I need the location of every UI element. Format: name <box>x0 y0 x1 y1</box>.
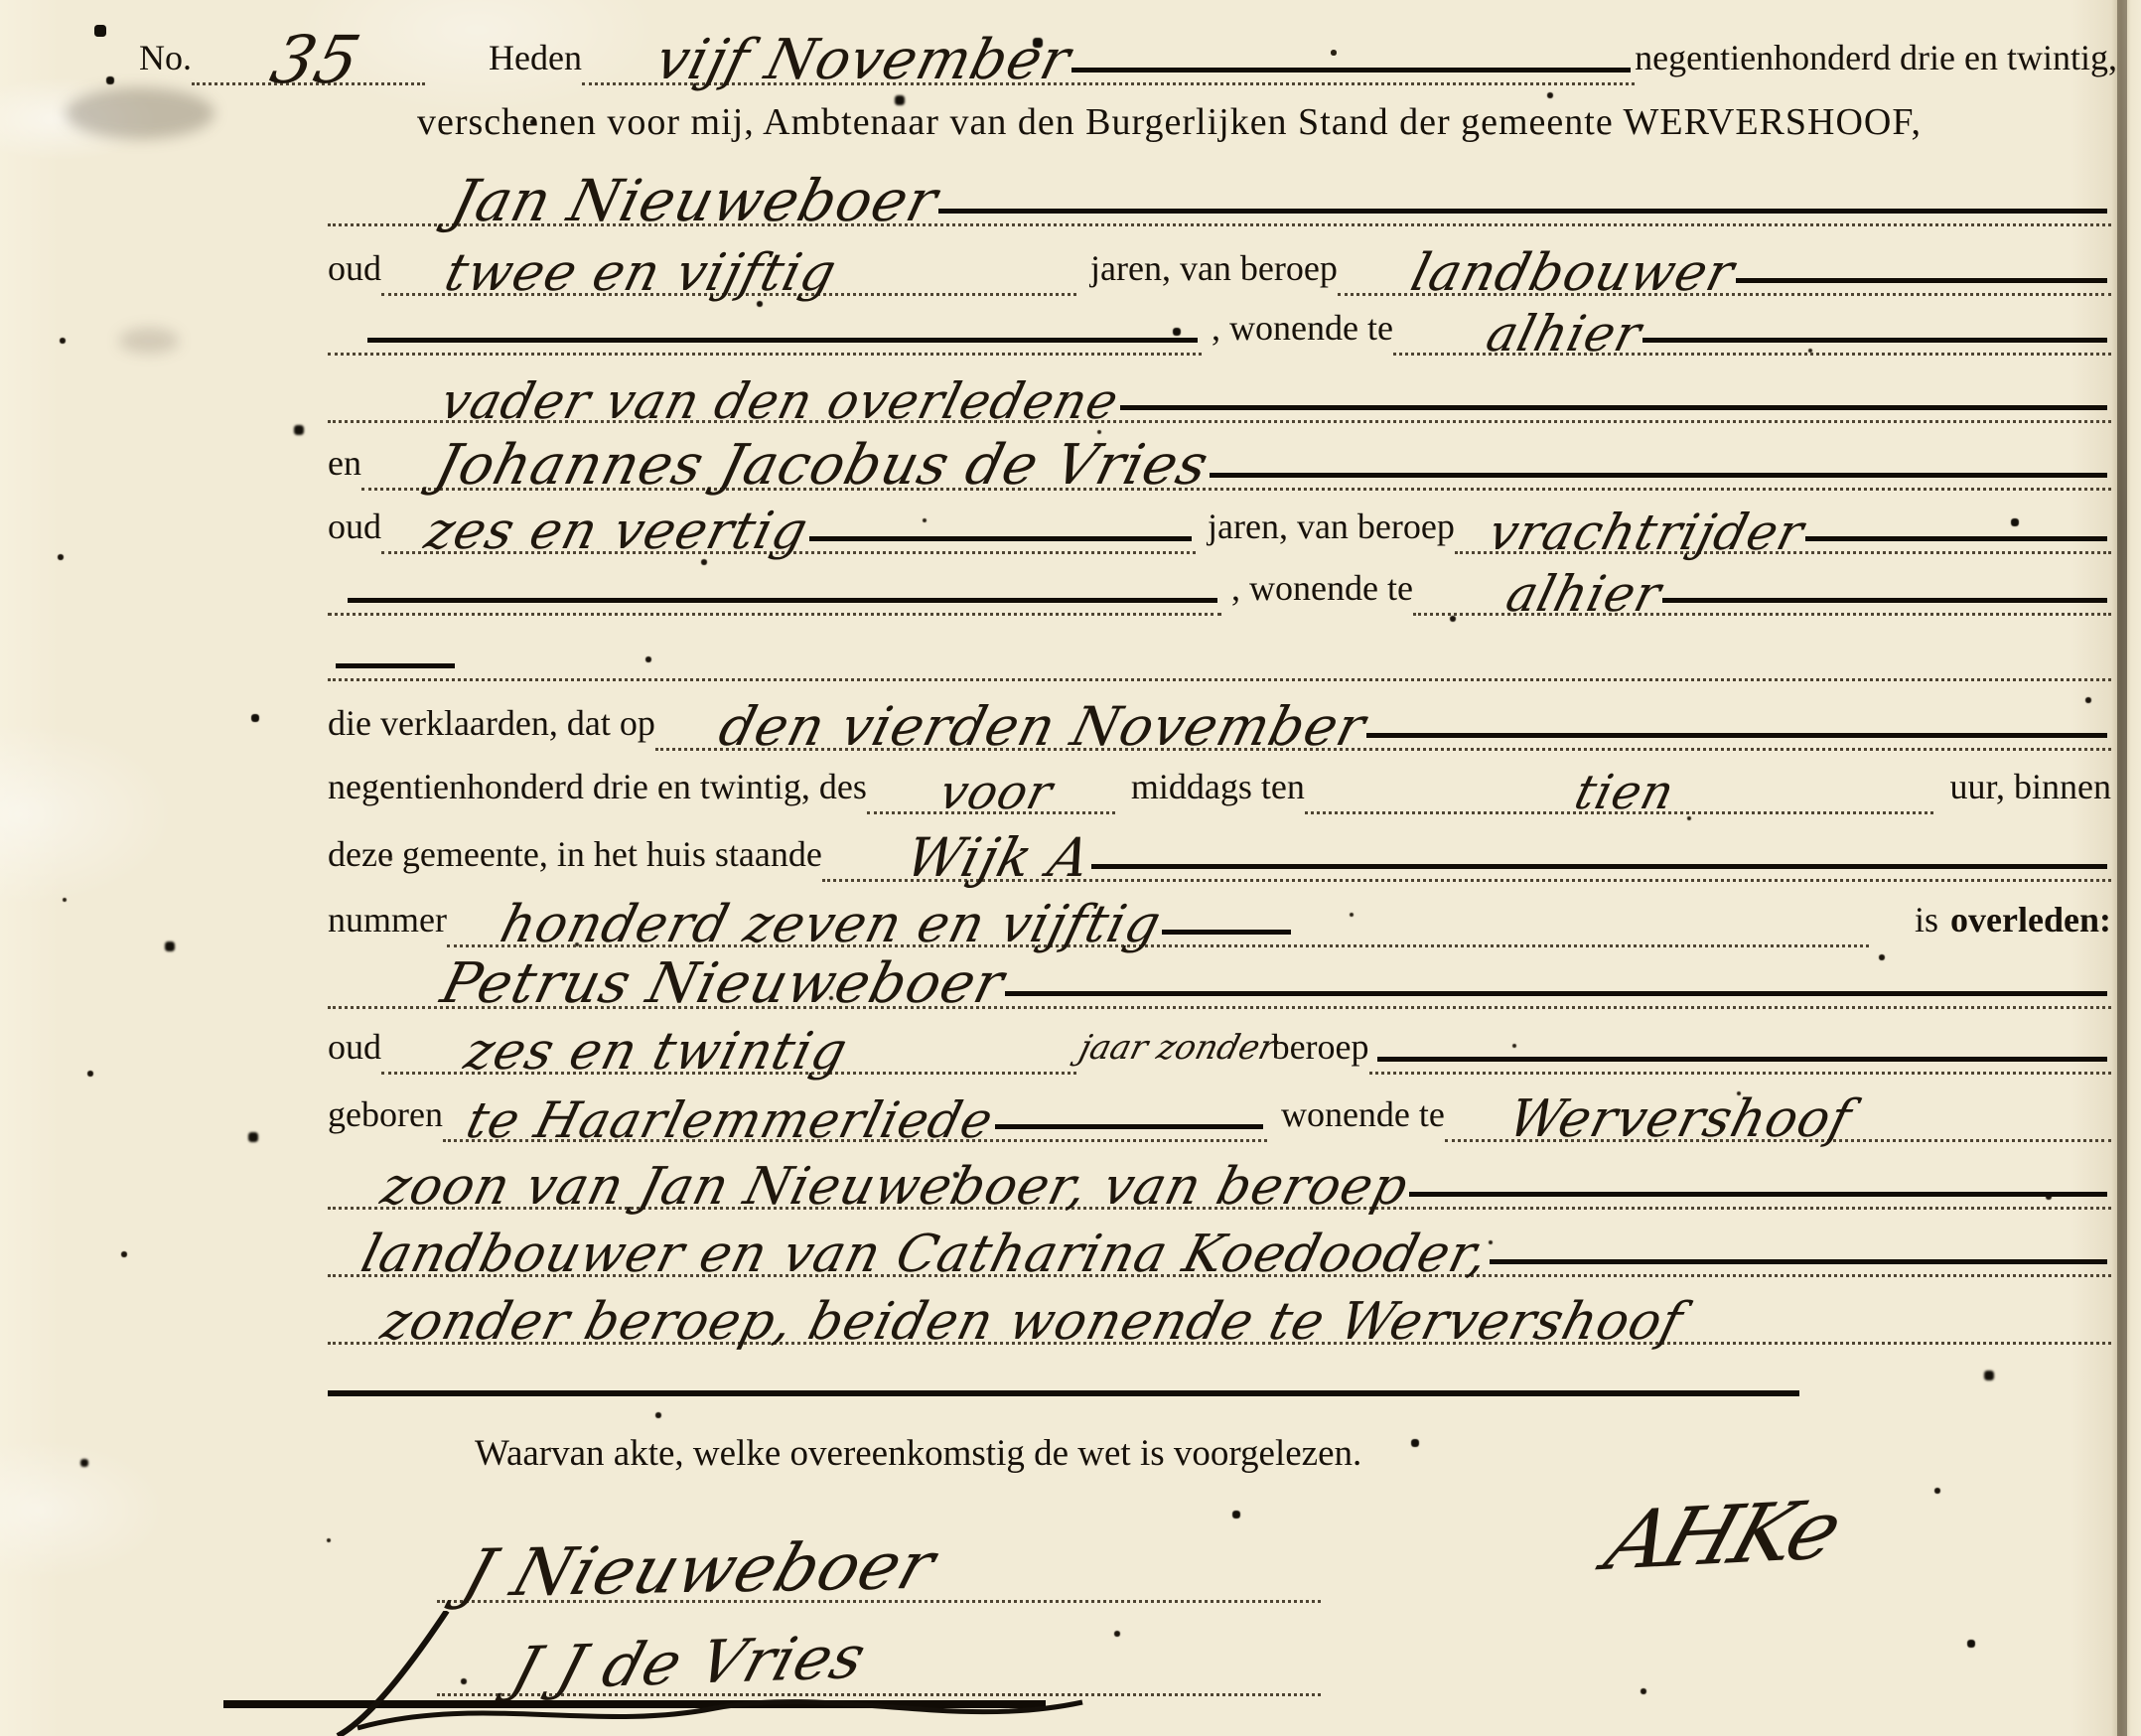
line-deceased-name: Petrus Nieuweboer <box>328 945 2111 1009</box>
oud-label: oud <box>328 250 381 296</box>
signature-declarant1-area: J Nieuweboer <box>437 1486 1321 1603</box>
profession-blank <box>1369 1013 2111 1075</box>
spacer <box>361 478 431 488</box>
fill-stroke <box>1210 473 2107 478</box>
declarant1-age-handwritten: twee en vijftig <box>441 251 840 295</box>
signature-blank: J Nieuweboer <box>437 1486 1321 1603</box>
declarant1-relation-handwritten: vader van den overledene <box>437 380 1123 423</box>
fill-stroke <box>809 536 1192 541</box>
signature-blank: AHKe <box>1599 1456 2066 1575</box>
age-blank: zes en twintig <box>381 1013 1076 1075</box>
signature-official-area: AHKe <box>1599 1456 2066 1575</box>
spacer <box>328 214 447 223</box>
oud-label: oud <box>328 1029 381 1075</box>
deceased-age-handwritten: zes en twintig <box>461 1030 852 1074</box>
fill-stroke <box>1736 278 2107 283</box>
fill-stroke <box>367 338 1198 343</box>
name-blank: Jan Nieuweboer <box>328 159 2111 226</box>
spacer <box>381 1062 461 1072</box>
line-declarant1-residence: , wonende te alhier <box>328 298 2111 356</box>
signature-official-handwritten: AHKe <box>1599 1497 1845 1577</box>
line-declarant1-age: oud twee en vijftig jaren, van beroep la… <box>328 234 2111 296</box>
spacer <box>328 1197 377 1207</box>
line-declarant2-age: oud zes en veertig jaren, van beroep vra… <box>328 495 2111 554</box>
declarant1-residence-handwritten: alhier <box>1483 313 1645 356</box>
nummer-label: nummer <box>328 902 447 947</box>
parents-line1-handwritten: zoon van Jan Nieuweboer, van beroep <box>377 1165 1412 1209</box>
fill-stroke <box>1409 1192 2107 1197</box>
fill-stroke <box>1805 536 2107 541</box>
spacer <box>381 283 441 293</box>
deceased-residence-handwritten: Wervershoof <box>1504 1097 1856 1141</box>
age-blank: twee en vijftig <box>381 234 1076 296</box>
spacer <box>425 75 489 85</box>
line-deceased-age: oud zes en twintig jaar zonder beroep <box>328 1013 2111 1075</box>
empty-blank <box>328 558 1221 616</box>
deceased-name-blank: Petrus Nieuweboer <box>328 945 2111 1009</box>
uur-binnen-label: uur, binnen <box>1933 769 2111 814</box>
deceased-name-handwritten: Petrus Nieuweboer <box>437 960 1009 1008</box>
line-parents-1: zoon van Jan Nieuweboer, van beroep <box>328 1146 2111 1210</box>
section-rule <box>328 1390 1799 1396</box>
line-house: deze gemeente, in het huis staande Wijk … <box>328 820 2111 882</box>
fill-stroke <box>1005 991 2107 996</box>
spacer <box>822 869 902 879</box>
fill-stroke <box>1366 733 2107 738</box>
is-label: is <box>1915 902 1938 947</box>
relation-blank: vader van den overledene <box>328 362 2111 423</box>
no-blank: 35 <box>192 16 425 85</box>
date-blank: vijf November <box>582 16 1635 85</box>
no-value-handwritten: 35 <box>266 33 365 88</box>
signature-declarant1-handwritten: J Nieuweboer <box>457 1538 941 1602</box>
date-handwritten: vijf November <box>651 37 1075 84</box>
paper-smudge <box>119 328 179 354</box>
birthplace-handwritten: te Haarlemmerliede <box>463 1099 997 1142</box>
no-label: No. <box>139 40 192 85</box>
heden-label: Heden <box>489 40 582 85</box>
paper-smudge <box>66 87 214 139</box>
death-date-blank: den vierden November <box>655 689 2111 751</box>
fill-stroke <box>336 663 455 668</box>
spacer <box>1393 343 1483 353</box>
empty-blank <box>328 636 2111 681</box>
wonende-te-label: wonende te <box>1267 1096 1445 1142</box>
hour-blank: tien <box>1305 757 1934 814</box>
declarant2-residence-handwritten: alhier <box>1502 573 1665 616</box>
wijk-handwritten: Wijk A <box>902 835 1095 881</box>
registrar-text: verschenen voor mij, Ambtenaar van den B… <box>417 103 1922 151</box>
profession-blank: vrachtrijder <box>1455 495 2111 554</box>
middags-ten-label: middags ten <box>1115 769 1305 814</box>
line-empty <box>328 636 2111 681</box>
line-declarant1-relation: vader van den overledene <box>328 362 2111 423</box>
fill-stroke <box>1091 864 2107 869</box>
spacer <box>328 410 437 420</box>
partial-signature-flourish <box>298 1611 1112 1736</box>
beroep-label: beroep <box>1272 1029 1369 1075</box>
gemeente-huis-label: deze gemeente, in het huis staande <box>328 836 822 882</box>
geboren-label: geboren <box>328 1096 443 1142</box>
fill-stroke <box>995 1124 1263 1129</box>
fill-stroke <box>1162 930 1291 935</box>
line-declarant2-residence: , wonende te alhier <box>328 558 2111 616</box>
parents-line3-handwritten: zonder beroep, beiden wonende te Wervers… <box>377 1300 1687 1344</box>
parents-blank: zoon van Jan Nieuweboer, van beroep <box>328 1146 2111 1210</box>
en-label: en <box>328 445 361 491</box>
spacer <box>443 1129 463 1139</box>
fill-stroke <box>1490 1259 2107 1264</box>
hour-handwritten: tien <box>1571 773 1678 813</box>
parents-line2-handwritten: landbouwer en van Catharina Koedooder, <box>357 1232 1493 1276</box>
line-parents-3: zonder beroep, beiden wonende te Wervers… <box>328 1281 2111 1345</box>
line-declarant2-name: en Johannes Jacobus de Vries <box>328 427 2111 491</box>
spacer <box>381 541 421 551</box>
paper-speckles <box>0 0 2 2</box>
line-deceased-birth: geboren te Haarlemmerliede wonende te We… <box>328 1081 2111 1142</box>
line-house-number: nummer honderd zeven en vijftig is overl… <box>328 886 2111 947</box>
line-declaration-date: die verklaarden, dat op den vierden Nove… <box>328 689 2111 751</box>
declarant2-name-handwritten: Johannes Jacobus de Vries <box>431 442 1213 490</box>
empty-blank <box>328 298 1202 356</box>
declarant2-age-handwritten: zes en veertig <box>421 509 812 553</box>
wonende-te-label: , wonende te <box>1202 310 1393 356</box>
declarant2-profession-handwritten: vrachtrijder <box>1485 511 1808 554</box>
residence-blank: alhier <box>1393 298 2111 356</box>
voor-blank: voor <box>867 757 1115 814</box>
spacer <box>328 996 437 1006</box>
closing-statement-text: Waarvan akte, welke overeenkomstig de we… <box>475 1435 1361 1482</box>
birthplace-blank: te Haarlemmerliede <box>443 1081 1267 1142</box>
fill-stroke <box>1120 405 2107 410</box>
wonende-te-label: , wonende te <box>1221 570 1413 616</box>
wijk-blank: Wijk A <box>822 820 2111 882</box>
overleden-label: overleden: <box>1950 902 2111 947</box>
residence-blank: alhier <box>1413 558 2111 616</box>
fill-stroke <box>938 209 2107 214</box>
spacer <box>447 935 497 944</box>
line-registrar: verschenen voor mij, Ambtenaar van den B… <box>417 99 2117 151</box>
verklaarden-label: die verklaarden, dat op <box>328 705 655 751</box>
jaren-beroep-label: jaren, van beroep <box>1196 508 1455 554</box>
voor-handwritten: voor <box>935 773 1057 813</box>
parents-blank: landbouwer en van Catharina Koedooder, <box>328 1214 2111 1277</box>
death-date-handwritten: den vierden November <box>715 704 1370 750</box>
spacer <box>328 1264 357 1274</box>
line-closing-statement: Waarvan akte, welke overeenkomstig de we… <box>475 1434 1716 1482</box>
parents-blank: zonder beroep, beiden wonende te Wervers… <box>328 1281 2111 1345</box>
spacer <box>1455 541 1485 551</box>
line-declarant1-name: Jan Nieuweboer <box>328 159 2111 226</box>
fill-stroke <box>1662 598 2107 603</box>
jaren-beroep-label: jaren, van beroep <box>1076 250 1338 296</box>
spacer <box>582 72 651 82</box>
spacer <box>1338 283 1407 293</box>
declarant1-profession-handwritten: landbouwer <box>1407 251 1739 295</box>
residence-blank: Wervershoof <box>1445 1081 2111 1142</box>
year-des-label: negentienhonderd drie en twintig, des <box>328 769 867 814</box>
fill-stroke <box>348 598 1217 603</box>
house-number-handwritten: honderd zeven en vijftig <box>497 903 1165 946</box>
profession-blank: landbouwer <box>1338 234 2111 296</box>
line-parents-2: landbouwer en van Catharina Koedooder, <box>328 1214 2111 1277</box>
spacer <box>437 1590 457 1600</box>
line-declaration-time: negentienhonderd drie en twintig, des vo… <box>328 757 2111 814</box>
house-number-blank: honderd zeven en vijftig <box>447 886 1869 947</box>
death-certificate-scan: No. 35 Heden vijf November negentienhond… <box>0 0 2141 1736</box>
name-blank: Johannes Jacobus de Vries <box>361 427 2111 491</box>
fill-stroke <box>1071 68 1631 72</box>
spacer <box>1445 1129 1504 1139</box>
page-edge-crease <box>2117 0 2127 1736</box>
age-blank: zes en veertig <box>381 495 1196 554</box>
fill-stroke <box>1642 338 2107 343</box>
oud-label: oud <box>328 508 381 554</box>
fill-stroke <box>1377 1057 2107 1062</box>
declarant1-name-handwritten: Jan Nieuweboer <box>447 177 942 225</box>
spacer <box>1413 603 1502 613</box>
spacer <box>328 1332 377 1342</box>
spacer <box>655 738 715 748</box>
line-header-date: No. 35 Heden vijf November negentienhond… <box>139 16 2117 85</box>
year-printed: negentienhonderd drie en twintig, <box>1635 40 2117 85</box>
jaar-zonder-handwritten: jaar zonder <box>1076 1034 1279 1063</box>
